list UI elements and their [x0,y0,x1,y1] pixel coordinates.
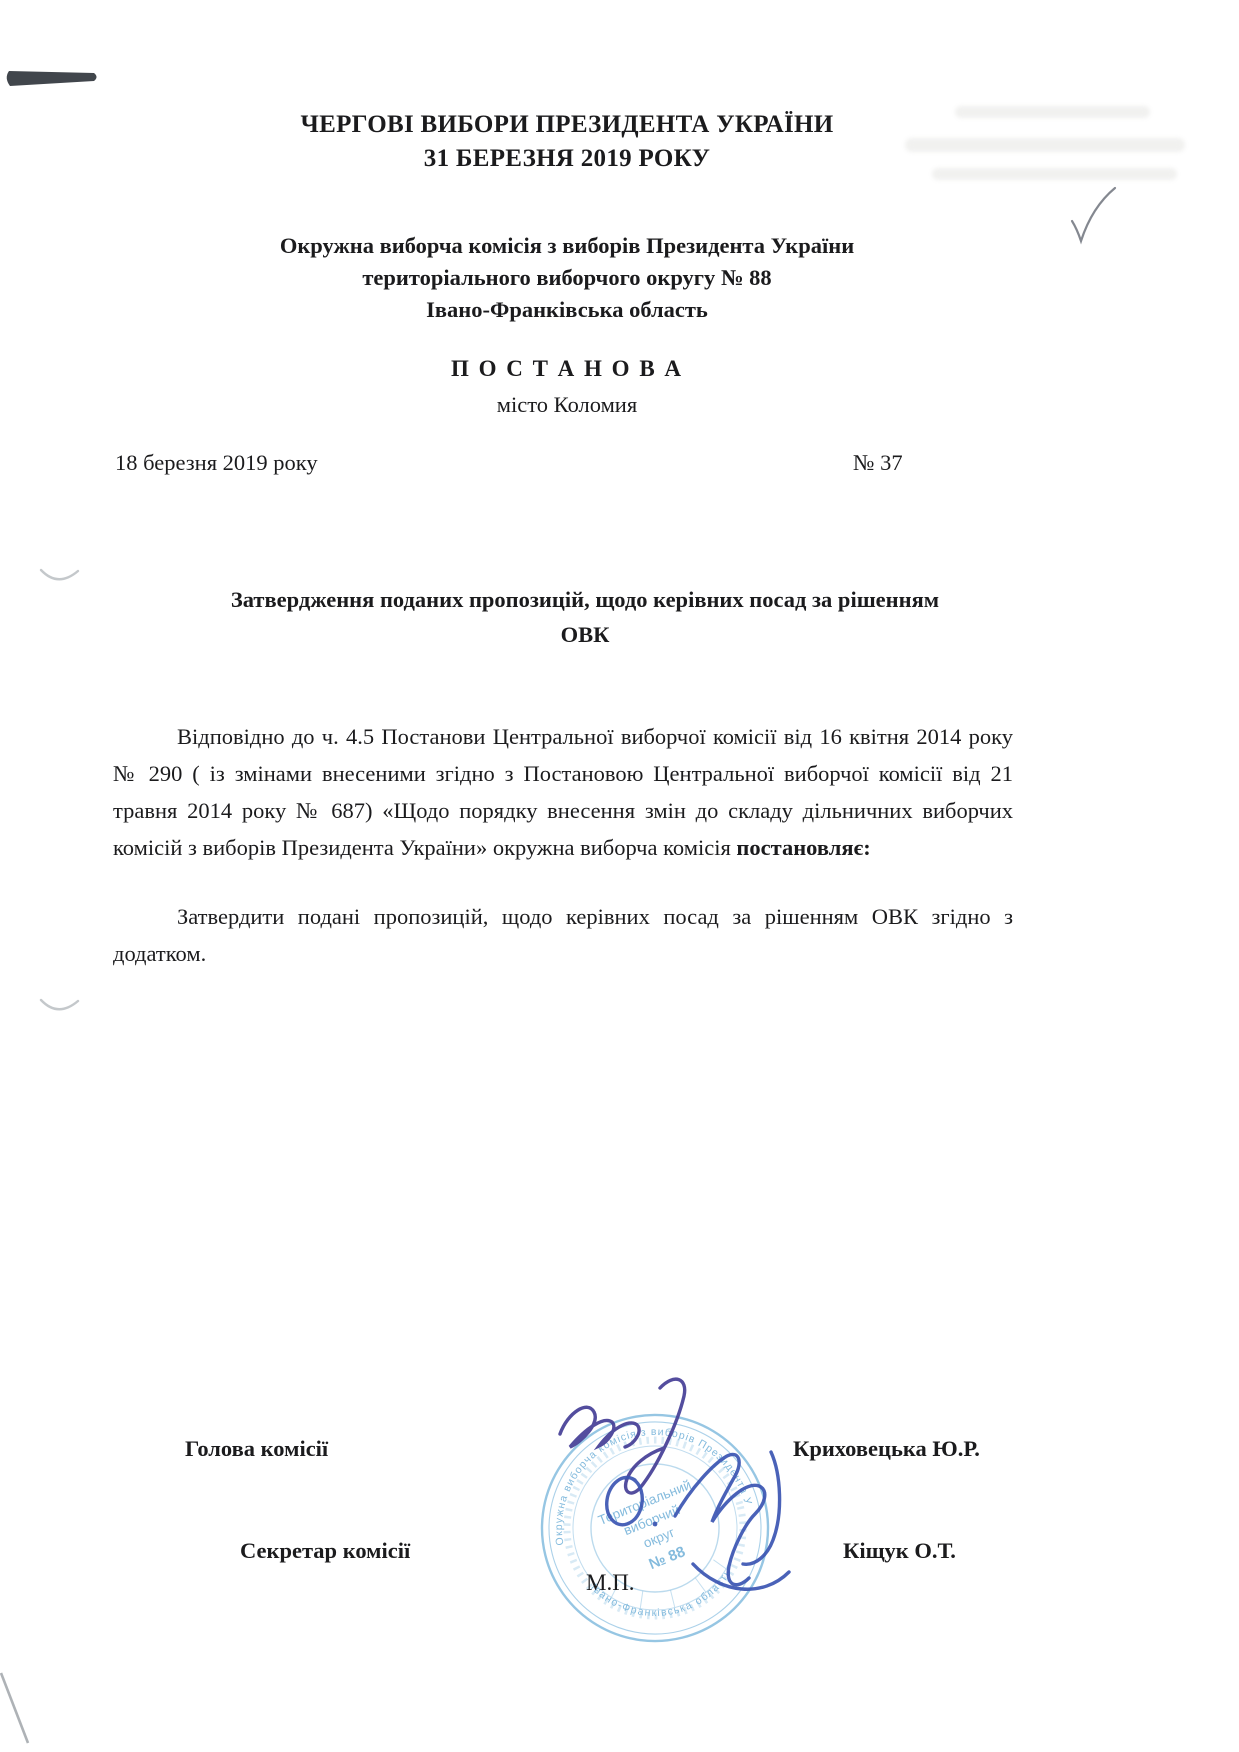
secretary-name: Кіщук О.Т. [843,1538,956,1564]
body-paragraph-1-text: Відповідно до ч. 4.5 Постанови Центральн… [113,724,1013,860]
commission-line1: Окружна виборча комісія з виборів Презид… [0,230,1134,262]
scan-mark-top-left [4,62,104,92]
document-date: 18 березня 2019 року [115,450,318,476]
secretary-label: Секретар комісії [240,1538,410,1564]
election-header: ЧЕРГОВІ ВИБОРИ ПРЕЗИДЕНТА УКРАЇНИ 31 БЕР… [0,108,1134,176]
scan-crease-bottom-left [0,1665,40,1752]
secretary-signature [575,1438,825,1628]
chair-name: Криховецька Ю.Р. [793,1436,980,1462]
scan-curl-mark [38,994,82,1020]
seal-place-mark: М.П. [586,1570,635,1596]
header-line1: ЧЕРГОВІ ВИБОРИ ПРЕЗИДЕНТА УКРАЇНИ [0,108,1134,142]
body-paragraph-2: Затвердити подані пропозицій, щодо керів… [113,898,1013,972]
commission-line3: Івано-Франківська область [0,294,1134,326]
document-city: місто Коломия [0,392,1134,418]
document-number: № 37 [853,450,903,476]
resolution-title-line2: ОВК [35,617,1135,652]
scanned-document-page: ЧЕРГОВІ ВИБОРИ ПРЕЗИДЕНТА УКРАЇНИ 31 БЕР… [0,0,1239,1752]
body-paragraph-1: Відповідно до ч. 4.5 Постанови Центральн… [113,718,1013,866]
resolution-title-line1: Затвердження поданих пропозицій, щодо ке… [35,582,1135,617]
body-paragraph-1-bold: постановляє: [736,835,870,860]
commission-block: Окружна виборча комісія з виборів Презид… [0,230,1134,326]
document-type-label: П О С Т А Н О В А [0,356,1134,382]
chair-label: Голова комісії [185,1436,328,1462]
resolution-body: Відповідно до ч. 4.5 Постанови Центральн… [113,718,1013,972]
header-line2: 31 БЕРЕЗНЯ 2019 РОКУ [0,142,1134,176]
commission-line2: територіального виборчого округу № 88 [0,262,1134,294]
resolution-title: Затвердження поданих пропозицій, щодо ке… [35,582,1135,652]
